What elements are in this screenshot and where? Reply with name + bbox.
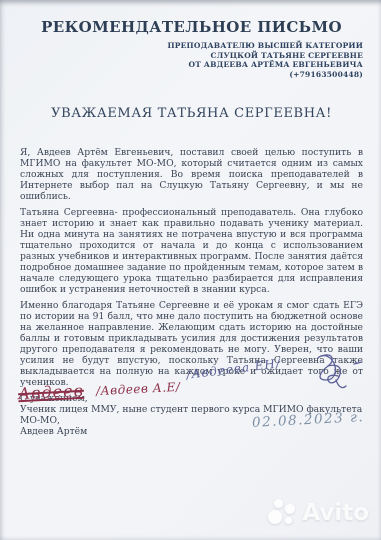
avito-watermark-text: Avito	[302, 500, 369, 526]
signature-flourish	[302, 350, 366, 396]
recipient-line: ПРЕПОДАВАТЕЛЮ ВЫСШЕЙ КАТЕГОРИИ	[20, 41, 363, 51]
recipient-line: ОТ АВДЕЕВА АРТЁМА ЕВГЕНЬЕВИЧА	[20, 60, 363, 70]
avito-dot-icon	[285, 517, 292, 524]
recipient-phone: (+79163500448)	[20, 70, 363, 80]
signature-scribble: Авдеев	[18, 381, 85, 403]
avito-dot-icon	[274, 499, 283, 508]
avito-dot-icon	[285, 504, 295, 514]
avito-logo-icon	[268, 498, 298, 528]
letter-title: РЕКОМЕНДАТЕЛЬНОЕ ПИСЬМО	[20, 18, 363, 36]
paragraph-1: Я, Авдеев Артём Евгеньевич, поставил сво…	[20, 147, 363, 202]
paragraph-2: Татьяна Сергеевна- профессиональный преп…	[20, 207, 363, 295]
avito-dot-icon	[268, 510, 282, 524]
letter-document: РЕКОМЕНДАТЕЛЬНОЕ ПИСЬМО ПРЕПОДАВАТЕЛЮ ВЫ…	[0, 0, 381, 540]
signature-author-name: /Авдеев А.Е/	[96, 380, 181, 398]
recipient-line: СЛУЦКОЙ ТАТЬЯНЕ СЕРГЕЕВНЕ	[20, 51, 363, 61]
avito-watermark: Avito	[268, 498, 369, 528]
salutation: УВАЖАЕМАЯ ТАТЬЯНА СЕРГЕЕВНА!	[20, 106, 363, 121]
recipient-block: ПРЕПОДАВАТЕЛЮ ВЫСШЕЙ КАТЕГОРИИ СЛУЦКОЙ Т…	[20, 41, 363, 79]
